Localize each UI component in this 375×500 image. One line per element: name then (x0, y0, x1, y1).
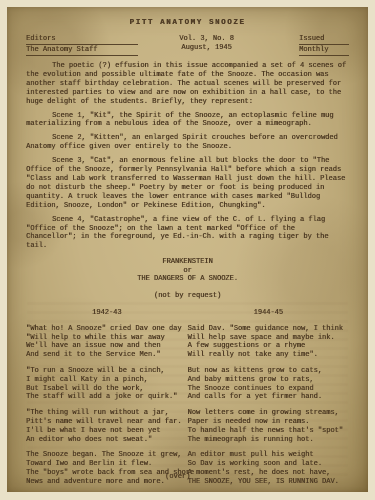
scene-4-paragraph: Scene 4, "Catastrophe", a fine view of t… (26, 216, 349, 252)
scene-3-paragraph: Scene 3, "Cat", an enormous feline all b… (26, 157, 349, 210)
poem-line: "To run a Snooze will be a cinch, (26, 367, 188, 376)
poem-line: An editor must pull his weight (188, 451, 350, 460)
stanza: "The thing will run without a jar, Pitt'… (26, 409, 188, 444)
stanza: Said Dav. "Some guidance now, I think Wi… (188, 325, 350, 360)
poem-line: I might call Katy in a pinch, (26, 376, 188, 385)
editors-label: Editors (26, 35, 138, 45)
poem-line: A few suggestions or a rhyme (188, 342, 350, 351)
intro-paragraph: The poetic (?) effusion in this issue ac… (26, 62, 349, 107)
poem-line: "The thing will run without a jar, (26, 409, 188, 418)
poem-line: "What ho! A Snooze" cried Dav one day (26, 325, 188, 334)
masthead-volume-block: Vol. 3, No. 8 August, 1945 (138, 35, 299, 53)
poem-line: Will really not take any time". (188, 351, 350, 360)
masthead-editors: Editors The Anatomy Staff (26, 35, 138, 57)
poem-line: But Isabel will do the work, (26, 385, 188, 394)
poem-line: To handle half the news that's "spot" (188, 427, 350, 436)
poem-line: The Snooze continues to expand (188, 385, 350, 394)
stanza: Now letters come in growing streams, Pap… (188, 409, 350, 444)
poem-title-line3: THE DANGERS OF A SNOOZE. (26, 275, 349, 283)
poem-line: We'll have an issue now and then (26, 342, 188, 351)
poem-line: The "boys" wrote back from sea and shore (26, 469, 188, 478)
page-title: PITT ANATOMY SNOOZE (26, 19, 349, 27)
poem-line: But now as kittens grow to cats, (188, 367, 350, 376)
poem-line: Will help save space and maybe ink. (188, 334, 350, 343)
poem-line: The mimeograph is running hot. (188, 436, 350, 445)
stanza: An editor must pull his weight So Dav is… (188, 451, 350, 486)
stanza: The Snooze began. The Snooze it grew, To… (26, 451, 188, 486)
poem-line: Pitt's name will travel near and far. (26, 418, 188, 427)
poem-line: And send it to the Service Men." (26, 351, 188, 360)
poem-title-line2: or (26, 267, 349, 275)
poem-line: Toward Iwo and Berlin it flew. (26, 460, 188, 469)
issued-value: Monthly (299, 46, 349, 56)
poem-line: And baby mittens grow to rats, (188, 376, 350, 385)
poem-line: Paper is needed now in reams. (188, 418, 350, 427)
poem-line: The staff will add a joke or quirk." (26, 393, 188, 402)
editors-value: The Anatomy Staff (26, 46, 138, 56)
poem-line: And calls for a yet firmer hand. (188, 393, 350, 402)
poem-title-block: FRANKENSTEIN or THE DANGERS OF A SNOOZE. (26, 258, 349, 283)
poem-line: Said Dav. "Some guidance now, I think (188, 325, 350, 334)
issued-label: Issued (299, 35, 349, 45)
volume-number: Vol. 3, No. 8 (138, 35, 275, 44)
year-heading-right: 1944-45 (188, 309, 350, 317)
poem-column-1942-43: 1942-43 "What ho! A Snooze" cried Dav on… (26, 309, 188, 492)
masthead-issued: Issued Monthly (299, 35, 349, 57)
poem-title-line1: FRANKENSTEIN (26, 258, 349, 266)
poem-columns: 1942-43 "What ho! A Snooze" cried Dav on… (26, 309, 349, 492)
poem-line: THE SNOOZE, YOU SEE, IS RUNNING DAV. (188, 478, 350, 487)
poem-subtitle: (not by request) (26, 292, 349, 300)
poem-line: The Snooze began. The Snooze it grew, (26, 451, 188, 460)
poem-line: A moment's rest, he does not have, (188, 469, 350, 478)
scanned-page: PITT ANATOMY SNOOZE Editors The Anatomy … (0, 0, 375, 500)
masthead: Editors The Anatomy Staff Vol. 3, No. 8 … (26, 35, 349, 57)
poem-line: News and adventure more and more. (26, 478, 188, 487)
stanza: "What ho! A Snooze" cried Dav one day "W… (26, 325, 188, 360)
poem-line: An editor who does not sweat." (26, 436, 188, 445)
poem-column-1944-45: 1944-45 Said Dav. "Some guidance now, I … (188, 309, 350, 492)
scene-2-paragraph: Scene 2, "Kitten", an enlarged Spirit cr… (26, 134, 349, 152)
scene-1-paragraph: Scene 1, "Kit", the Spirit of the Snooze… (26, 112, 349, 130)
poem-line: Now letters come in growing streams, (188, 409, 350, 418)
issue-date: August, 1945 (138, 44, 275, 53)
stanza: "To run a Snooze will be a cinch, I migh… (26, 367, 188, 402)
newsletter-paper: PITT ANATOMY SNOOZE Editors The Anatomy … (7, 7, 368, 492)
poem-line: "Will help to while this war away (26, 334, 188, 343)
poem-line: So Dav is working soon and late. (188, 460, 350, 469)
stanza: But now as kittens grow to cats, And bab… (188, 367, 350, 402)
poem-line: I'll be what I have not been yet (26, 427, 188, 436)
year-heading-left: 1942-43 (26, 309, 188, 317)
